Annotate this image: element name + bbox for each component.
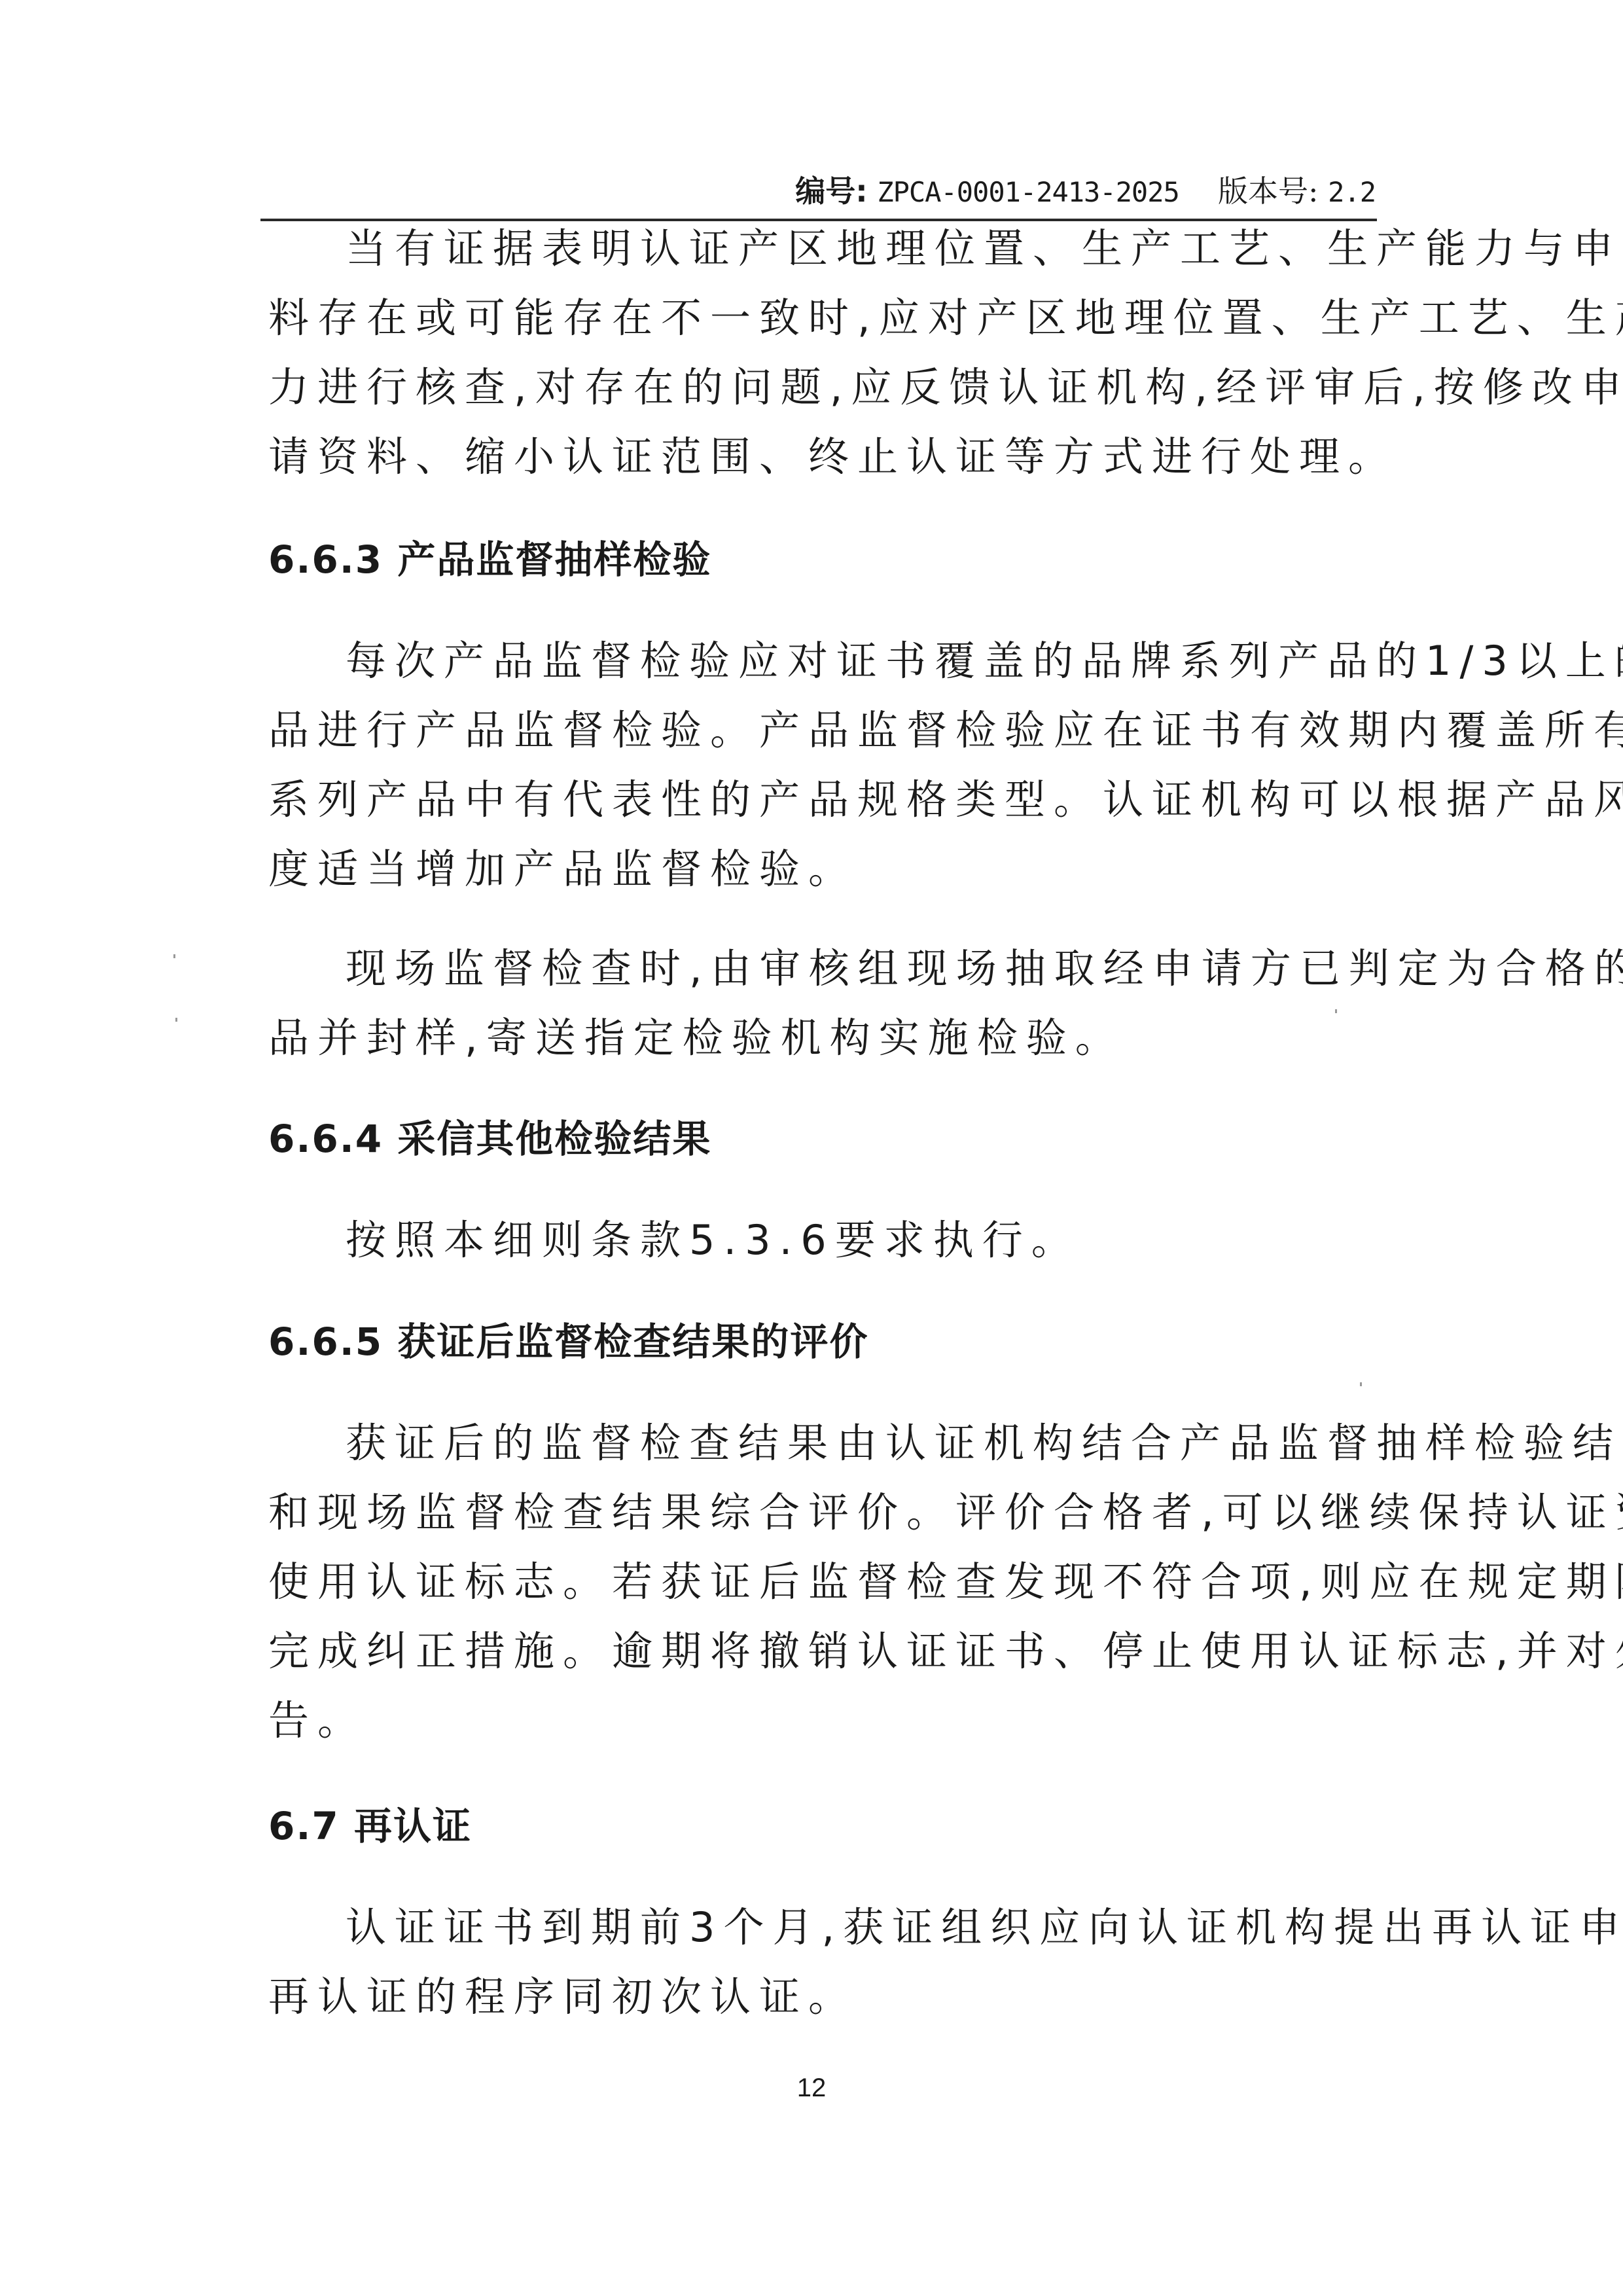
version-value: 2.2 [1328, 176, 1376, 208]
paragraph-line: 和现场监督检查结果综合评价。评价合格者,可以继续保持认证资格、 [268, 1486, 1623, 1539]
scan-artifact [173, 954, 175, 958]
paragraph-line: 系列产品中有代表性的产品规格类型。认证机构可以根据产品风险程 [268, 774, 1623, 826]
paragraph-line: 使用认证标志。若获证后监督检查发现不符合项,则应在规定期限内 [268, 1556, 1623, 1608]
page-number: 12 [0, 2073, 1623, 2103]
scan-artifact [175, 1018, 177, 1022]
paragraph-line: 力进行核查,对存在的问题,应反馈认证机构,经评审后,按修改申 [268, 361, 1623, 414]
paragraph-line: 品进行产品监督检验。产品监督检验应在证书有效期内覆盖所有品牌 [268, 704, 1623, 757]
section-heading-6-6-4: 6.6.4 采信其他检验结果 [268, 1113, 711, 1165]
doc-number-label: 编号: [795, 173, 867, 209]
paragraph-line: 告。 [268, 1695, 366, 1747]
paragraph-line: 再认证的程序同初次认证。 [268, 1971, 857, 2023]
section-heading-6-6-5: 6.6.5 获证后监督检查结果的评价 [268, 1316, 868, 1368]
document-header: 编号: ZPCA-0001-2413-2025 版本号: 2.2 [262, 171, 1376, 212]
section-heading-6-6-3: 6.6.3 产品监督抽样检验 [268, 533, 711, 586]
paragraph-line: 现场监督检查时,由审核组现场抽取经申请方已判定为合格的产 [346, 942, 1623, 995]
header-divider [260, 219, 1377, 221]
paragraph-line: 获证后的监督检查结果由认证机构结合产品监督抽样检验结果 [346, 1417, 1623, 1469]
paragraph-line: 按照本细则条款5.3.6要求执行。 [346, 1214, 1080, 1266]
doc-number-value: ZPCA-0001-2413-2025 [877, 176, 1179, 208]
paragraph-line: 请资料、缩小认证范围、终止认证等方式进行处理。 [268, 431, 1397, 483]
paragraph-line: 料存在或可能存在不一致时,应对产区地理位置、生产工艺、生产能 [268, 292, 1623, 344]
scan-artifact [1360, 1382, 1362, 1386]
paragraph-line: 每次产品监督检验应对证书覆盖的品牌系列产品的1/3以上的产 [346, 635, 1623, 687]
paragraph-line: 当有证据表明认证产区地理位置、生产工艺、生产能力与申请资 [346, 223, 1623, 275]
paragraph-line: 完成纠正措施。逾期将撤销认证证书、停止使用认证标志,并对外公 [268, 1625, 1623, 1677]
paragraph-line: 品并封样,寄送指定检验机构实施检验。 [268, 1012, 1124, 1064]
paragraph-line: 度适当增加产品监督检验。 [268, 843, 857, 895]
version-label: 版本号: [1218, 173, 1319, 209]
scan-artifact [1335, 1009, 1337, 1013]
section-heading-6-7: 6.7 再认证 [268, 1800, 472, 1852]
paragraph-line: 认证证书到期前3个月,获证组织应向认证机构提出再认证申请, [346, 1901, 1623, 1954]
